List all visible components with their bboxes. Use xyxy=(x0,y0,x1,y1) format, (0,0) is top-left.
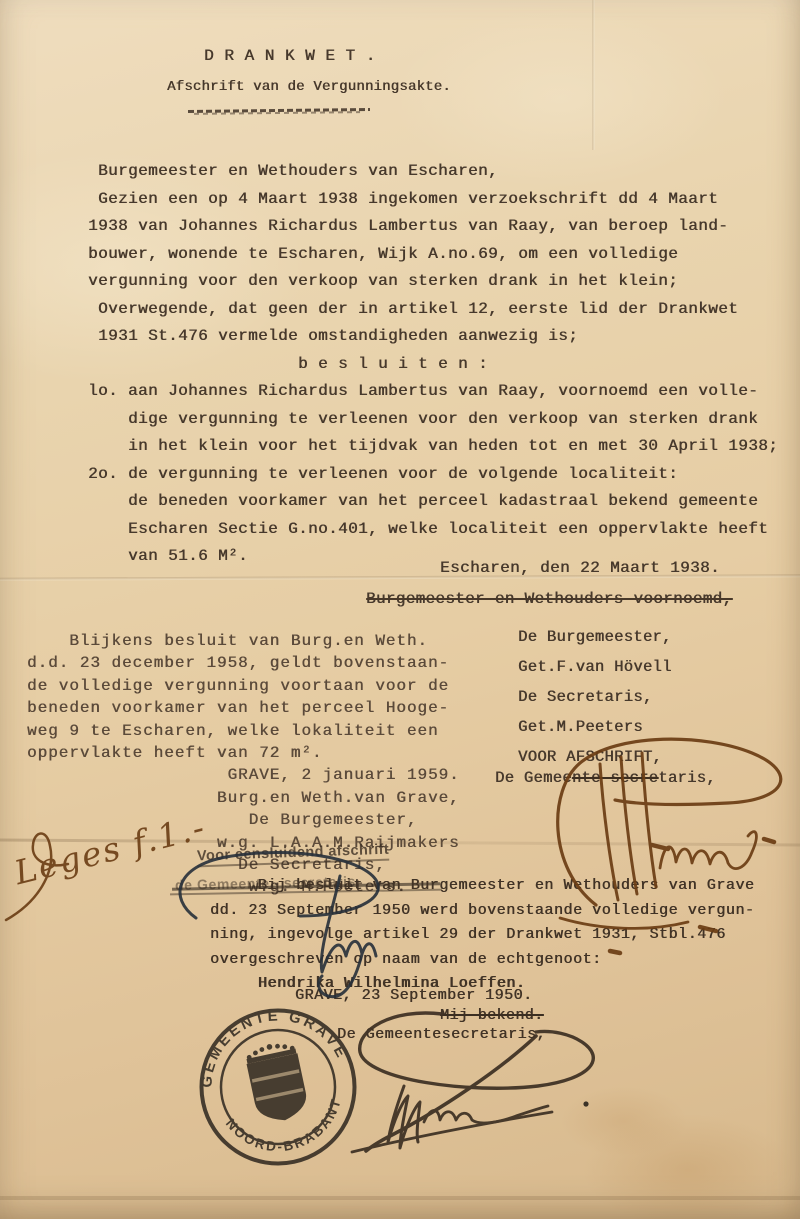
annotation-1950: Bij besluit van Burgemeester en Wethoude… xyxy=(210,874,754,997)
deed-body-line: 2o. de vergunning te verleenen voor de v… xyxy=(88,461,778,489)
signatory-line: De Secretaris, xyxy=(518,682,672,712)
deed-body-text: Burgemeester en Wethouders van Escharen,… xyxy=(88,158,778,571)
annotation-1958-line: GRAVE, 2 januari 1959. xyxy=(27,764,460,786)
annotation-1958-line: oppervlakte heeft van 72 m². xyxy=(27,742,460,764)
svg-text:GEMEENTE GRAVE: GEMEENTE GRAVE xyxy=(185,993,352,1092)
paper-crease xyxy=(592,0,595,150)
annotation-1950-line: overgeschreven op naam van de echtgenoot… xyxy=(210,948,754,973)
deed-body-line: 1938 van Johannes Richardus Lambertus va… xyxy=(88,213,778,241)
scanned-document: D R A N K W E T . Afschrift van de Vergu… xyxy=(0,0,800,1219)
secretary-signature-line: De Gemeente-secretaris, xyxy=(495,769,716,787)
seal-gemeente-grave: GEMEENTE GRAVE NOORD-BRABANT xyxy=(185,993,370,1178)
deed-body-line: lo. aan Johannes Richardus Lambertus van… xyxy=(88,378,778,406)
annotation-1950-line: Bij besluit van Burgemeester en Wethoude… xyxy=(210,874,754,899)
annotation-1958-line: Burg.en Weth.van Grave, xyxy=(27,787,460,809)
deed-place-date: Escharen, den 22 Maart 1938. xyxy=(440,559,720,577)
signatory-line: VOOR AFSCHRIFT, xyxy=(518,742,672,772)
struck-acknowledgement: Mij bekend. xyxy=(440,1007,543,1024)
deed-signatories: De Burgemeester,Get.F.van HövellDe Secre… xyxy=(518,622,672,772)
deed-body-line: in het klein voor het tijdvak van heden … xyxy=(88,433,778,461)
deed-body-line: vergunning voor den verkoop van sterken … xyxy=(88,268,778,296)
deed-body-line: de beneden voorkamer van het perceel kad… xyxy=(88,488,778,516)
signatory-line: De Burgemeester, xyxy=(518,622,672,652)
deed-body-line: 1931 St.476 vermelde omstandigheden aanw… xyxy=(88,323,778,351)
deed-body-line: dige vergunning te verleenen voor den ve… xyxy=(88,406,778,434)
secretary-title-1950: De Gemeentesecretaris, xyxy=(337,1026,546,1043)
deed-body-line: Escharen Sectie G.no.401, welke localite… xyxy=(88,516,778,544)
secretary-line-prefix: De Gemee xyxy=(495,769,572,787)
signatory-line: Get.M.Peeters xyxy=(518,712,672,742)
document-title: D R A N K W E T . xyxy=(204,47,376,65)
annotation-1950-place-date: GRAVE, 23 September 1950. xyxy=(295,987,533,1004)
paper-crease xyxy=(0,1196,800,1200)
deed-body-line: b e s l u i t e n : xyxy=(88,351,778,379)
secretary-line-suffix: taris, xyxy=(658,769,716,787)
deed-struck-attribution: Burgemeester en Wethouders voornoemd, xyxy=(366,590,732,608)
title-divider-rule xyxy=(188,108,370,113)
deed-body-line: bouwer, wonende te Escharen, Wijk A.no.6… xyxy=(88,241,778,269)
signatory-line: Get.F.van Hövell xyxy=(518,652,672,682)
annotation-1950-line: ning, ingevolge artikel 29 der Drankwet … xyxy=(210,923,754,948)
seal-coat-of-arms xyxy=(243,1039,310,1126)
seal-bottom-text: NOORD-BRABANT xyxy=(221,1093,352,1166)
annotation-1958-line: de volledige vergunning voortaan voor de xyxy=(27,675,460,697)
annotation-1958-line: beneden voorkamer van het perceel Hooge- xyxy=(27,697,460,719)
annotation-1950-line: dd. 23 September 1950 werd bovenstaande … xyxy=(210,899,754,924)
annotation-1958-line: weg 9 te Escharen, welke lokaliteit een xyxy=(27,720,460,742)
annotation-1958-line: De Burgemeester, xyxy=(27,809,460,831)
seal-top-text: GEMEENTE GRAVE xyxy=(185,993,352,1092)
annotation-1958-line: Blijkens besluit van Burg.en Weth. xyxy=(27,630,460,652)
deed-body-line: Gezien een op 4 Maart 1938 ingekomen ver… xyxy=(88,186,778,214)
svg-text:NOORD-BRABANT: NOORD-BRABANT xyxy=(221,1093,352,1166)
annotation-1958-line: d.d. 23 december 1958, geldt bovenstaan- xyxy=(27,652,460,674)
secretary-line-struck: nte-secre xyxy=(572,769,658,787)
document-subtitle: Afschrift van de Vergunningsakte. xyxy=(167,79,451,95)
deed-body-line: Burgemeester en Wethouders van Escharen, xyxy=(88,158,778,186)
deed-body-line: Overwegende, dat geen der in artikel 12,… xyxy=(88,296,778,324)
